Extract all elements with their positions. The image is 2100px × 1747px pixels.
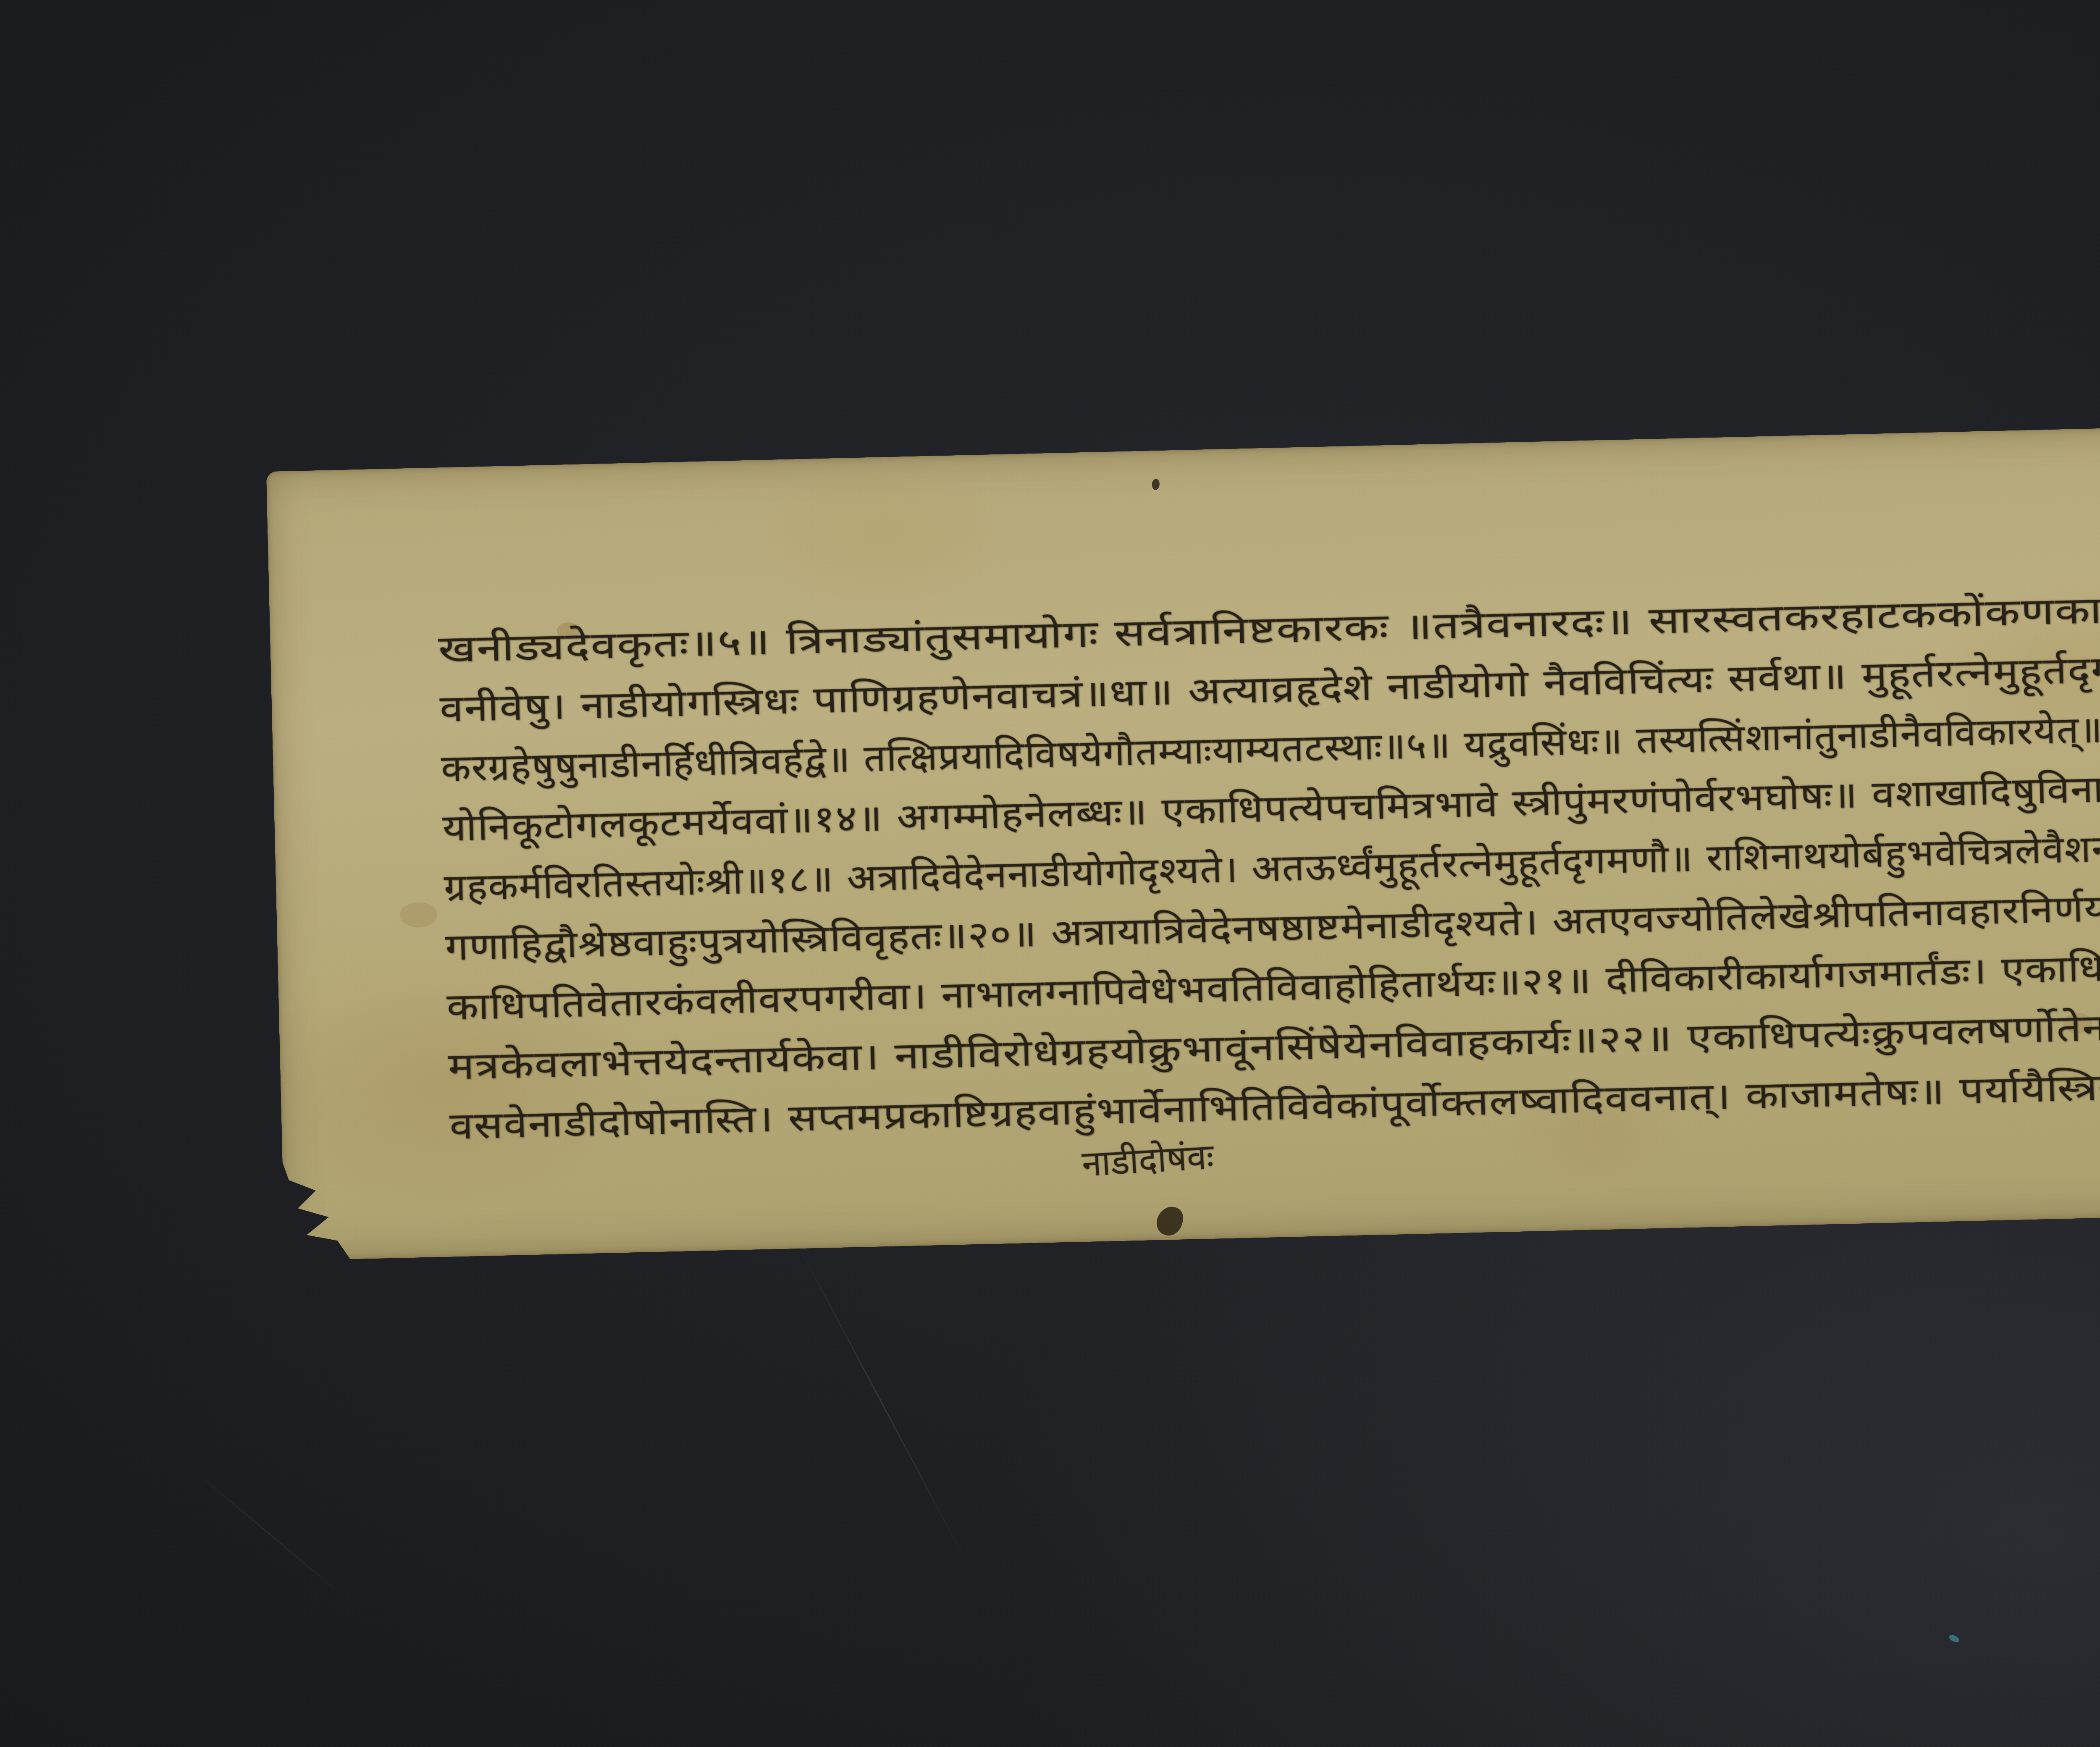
background-scratch — [185, 1463, 353, 1604]
colophon-text: नाडीदोषंवः — [1081, 1131, 1215, 1187]
ink-speck — [1152, 479, 1160, 490]
manuscript-text-block: खनीड्यदेवकृतः॥५॥ त्रिनाड्यांतुसमायोगः सर… — [438, 580, 2100, 1159]
paper-stain — [399, 902, 438, 928]
background-speck — [1948, 1634, 1960, 1644]
background-scratch — [793, 1236, 971, 1570]
ink-blot — [1153, 1203, 1186, 1238]
photo-background: खनीड्यदेवकृतः॥५॥ त्रिनाड्यांतुसमायोगः सर… — [0, 0, 2100, 1747]
manuscript-page: खनीड्यदेवकृतः॥५॥ त्रिनाड्यांतुसमायोगः सर… — [266, 423, 2100, 1261]
